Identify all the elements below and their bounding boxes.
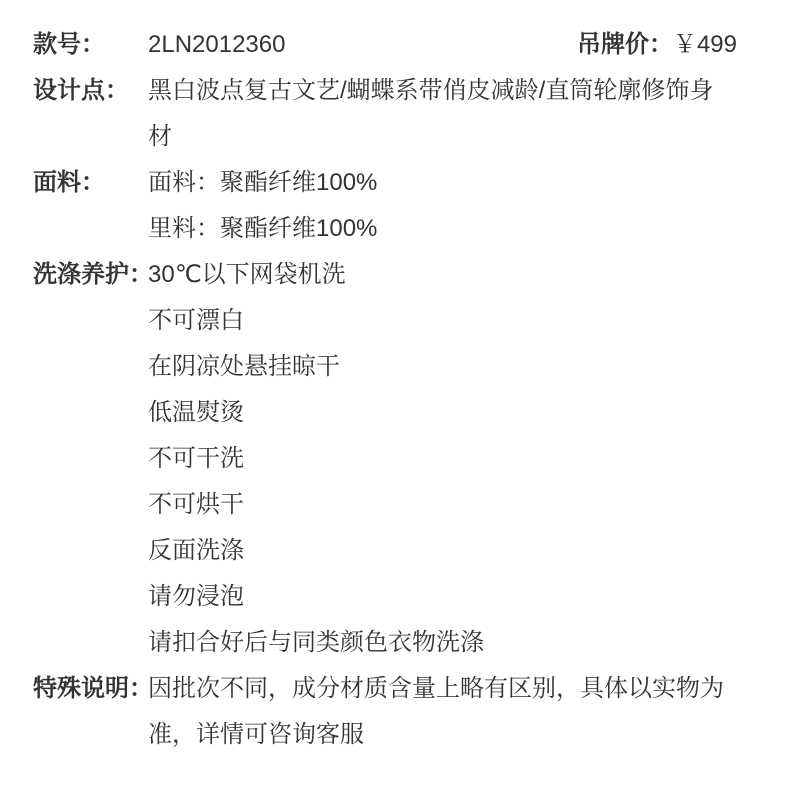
style-number-label: 款号： — [33, 22, 148, 68]
spec-row-fabric: 面料： 面料：聚酯纤维100% 里料：聚酯纤维100% — [33, 160, 737, 252]
care-label: 洗涤养护： — [33, 252, 148, 298]
spec-row-care: 洗涤养护： 30℃以下网袋机洗 不可漂白 在阴凉处悬挂晾干 低温熨烫 不可干洗 … — [33, 252, 737, 666]
care-value: 30℃以下网袋机洗 不可漂白 在阴凉处悬挂晾干 低温熨烫 不可干洗 不可烘干 反… — [148, 252, 737, 666]
fabric-label: 面料： — [33, 160, 148, 206]
spec-row-special-note: 特殊说明： 因批次不同，成分材质含量上略有区别，具体以实物为 准，详情可咨询客服 — [33, 666, 737, 758]
design-points-value: 黑白波点复古文艺/蝴蝶系带俏皮减龄/直筒轮廓修饰身 材 — [148, 68, 737, 160]
spec-row-style-number: 款号： 2LN2012360 吊牌价： ￥499 — [33, 22, 737, 68]
special-note-value: 因批次不同，成分材质含量上略有区别，具体以实物为 准，详情可咨询客服 — [148, 666, 737, 758]
tag-price-group: 吊牌价： ￥499 — [577, 22, 737, 68]
tag-price-value: ￥499 — [673, 22, 737, 68]
spec-row-design-points: 设计点： 黑白波点复古文艺/蝴蝶系带俏皮减龄/直筒轮廓修饰身 材 — [33, 68, 737, 160]
tag-price-label: 吊牌价： — [577, 22, 673, 68]
design-points-label: 设计点： — [33, 68, 148, 114]
fabric-value: 面料：聚酯纤维100% 里料：聚酯纤维100% — [148, 160, 737, 252]
product-spec-panel: 款号： 2LN2012360 吊牌价： ￥499 设计点： 黑白波点复古文艺/蝴… — [0, 0, 790, 758]
special-note-label: 特殊说明： — [33, 666, 148, 712]
